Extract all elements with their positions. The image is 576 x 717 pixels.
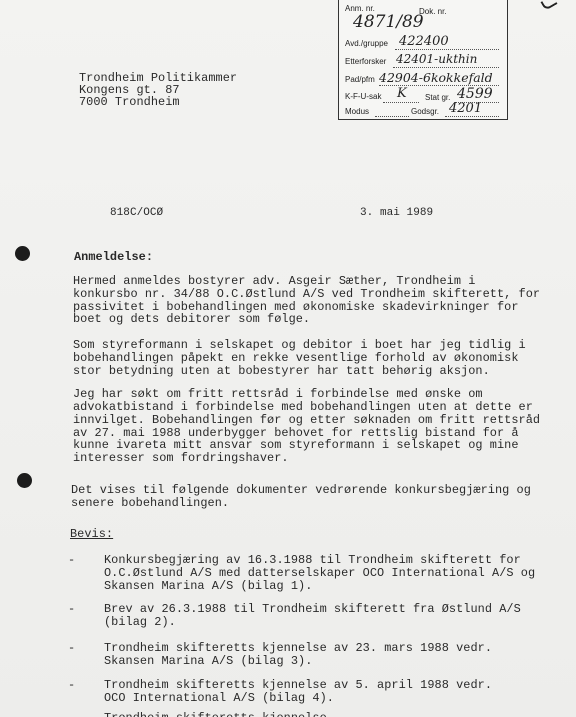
stamp-anm-nr-value: 4871/89 xyxy=(353,12,424,32)
evidence-item-1-line: Skansen Marina A/S (bilag 1). xyxy=(104,580,312,593)
scanned-document-page: Anm. nr. Dok. nr. 4871/89 Avd./gruppe 42… xyxy=(0,0,576,717)
stamp-kfu-label: K-F-U-sak xyxy=(345,92,381,101)
paragraph-3-line: interesser som fordringshaver. xyxy=(73,452,289,465)
punch-hole xyxy=(17,473,32,488)
stamp-modus-label: Modus xyxy=(345,107,369,116)
document-date: 3. mai 1989 xyxy=(360,207,433,220)
evidence-item-1-line: Konkursbegjæring av 16.3.1988 til Trondh… xyxy=(104,554,521,567)
evidence-bullet: - xyxy=(68,603,75,616)
recipient-line-3: 7000 Trondheim xyxy=(79,96,180,109)
paragraph-3-line: innvilget. Bobehandlingen før og etter s… xyxy=(73,414,540,427)
punch-hole xyxy=(15,246,30,261)
stamp-pad-label: Pad/pfm xyxy=(345,75,375,84)
evidence-bullet: - xyxy=(68,679,75,692)
stamp-kfu-value: K xyxy=(397,86,407,101)
paragraph-3-line: Jeg har søkt om fritt rettsråd i forbind… xyxy=(73,388,483,401)
handwritten-corner-mark xyxy=(540,0,557,11)
evidence-bullet: - xyxy=(68,712,75,717)
evidence-item-5-line: Trondheim skifteretts kjennelse ... xyxy=(104,712,356,717)
evidence-item-2-line: Brev av 26.3.1988 til Trondheim skiftere… xyxy=(104,603,521,616)
stamp-etterforsker-value: 42401-ukthin xyxy=(396,52,477,66)
paragraph-4-line: senere bobehandlingen. xyxy=(71,497,229,510)
evidence-heading: Bevis: xyxy=(70,528,113,541)
evidence-item-4-line: OCO International A/S (bilag 4). xyxy=(104,692,334,705)
paragraph-3-line: advokatbistand i forbindelse med bobehan… xyxy=(73,401,533,414)
evidence-bullet: - xyxy=(68,642,75,655)
evidence-item-3-line: Trondheim skifteretts kjennelse av 23. m… xyxy=(104,642,492,655)
registration-stamp: Anm. nr. Dok. nr. 4871/89 Avd./gruppe 42… xyxy=(338,0,508,120)
evidence-bullet: - xyxy=(68,554,75,567)
paragraph-1-line: Hermed anmeldes bostyrer adv. Asgeir Sæt… xyxy=(73,275,475,288)
reference-code: 818C/OCØ xyxy=(110,207,163,220)
paragraph-3-line: kunne ivareta mitt ansvar som styreforma… xyxy=(73,439,519,452)
paragraph-2-line: bobehandlingen påpekt en rekke vesentlig… xyxy=(73,352,519,365)
stamp-stat-label: Stat gr. xyxy=(425,93,450,102)
heading-anmeldelse: Anmeldelse: xyxy=(74,251,153,264)
stamp-pad-value: 42904-6kokkefald xyxy=(379,70,493,85)
stamp-godsgr-value: 4201 xyxy=(449,101,482,116)
stamp-avd-label: Avd./gruppe xyxy=(345,39,388,48)
stamp-stat-value: 4599 xyxy=(457,86,493,102)
paragraph-1-line: boet og dets debitorer som følge. xyxy=(73,313,310,326)
evidence-item-2-line: (bilag 2). xyxy=(104,616,176,629)
stamp-etterforsker-label: Etterforsker xyxy=(345,57,386,66)
stamp-avd-value: 422400 xyxy=(399,34,449,49)
paragraph-2-line: stor betydning uten at bobestyrer har ta… xyxy=(73,365,490,378)
stamp-godsgr-label: Godsgr. xyxy=(411,107,439,116)
paragraph-2-line: Som styreformann i selskapet og debitor … xyxy=(73,339,526,352)
paragraph-4-line: Det vises til følgende dokumenter vedrør… xyxy=(71,484,531,497)
evidence-item-3-line: Skansen Marina A/S (bilag 3). xyxy=(104,655,312,668)
evidence-item-1-line: O.C.Østlund A/S med datterselskaper OCO … xyxy=(104,567,535,580)
evidence-item-4-line: Trondheim skifteretts kjennelse av 5. ap… xyxy=(104,679,492,692)
paragraph-1-line: konkursbo nr. 34/88 O.C.Østlund A/S ved … xyxy=(73,288,540,301)
